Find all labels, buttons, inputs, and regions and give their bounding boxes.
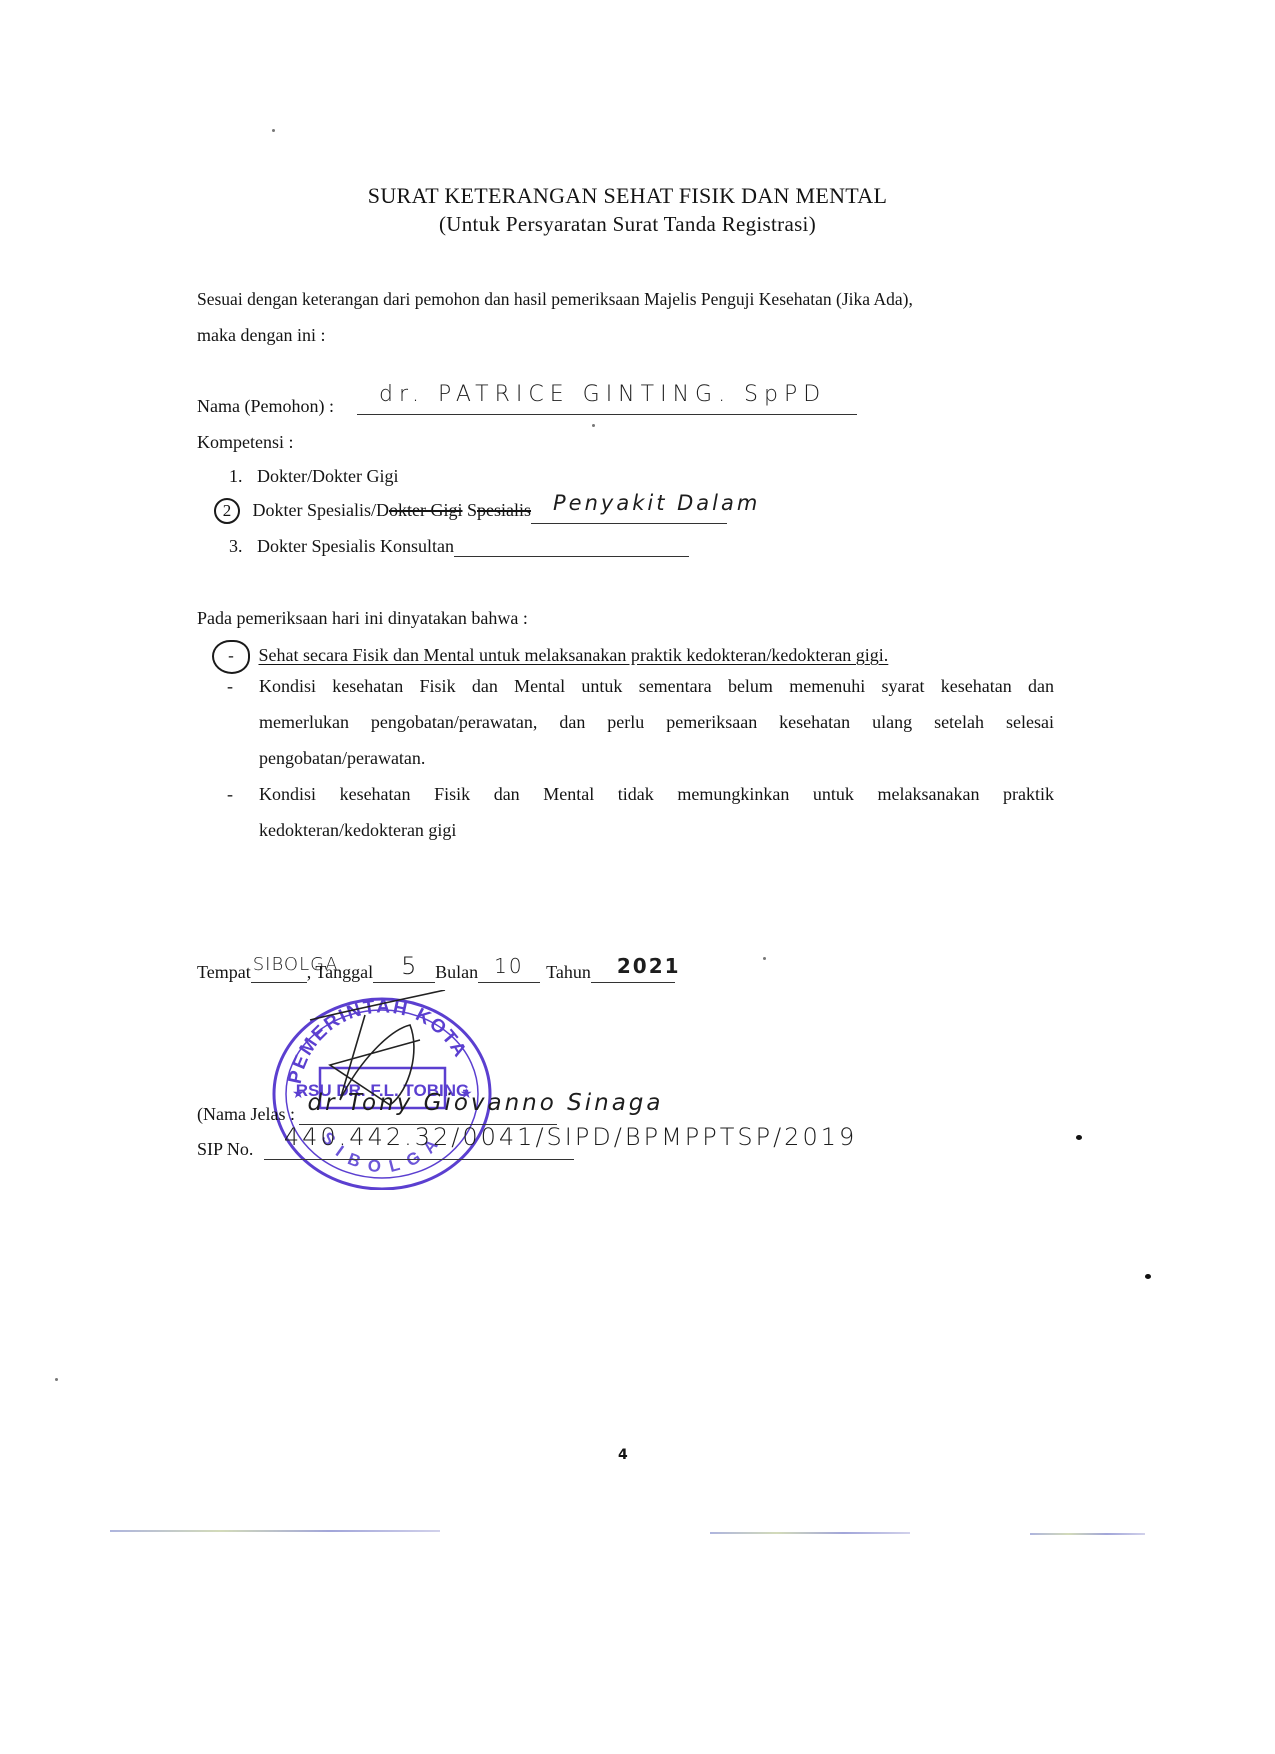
page-number: 4: [618, 1447, 628, 1463]
exam-item-3-line-1: Kondisi kesehatan Fisik dan Mental tidak…: [259, 784, 1054, 805]
scan-speck: [1076, 1135, 1082, 1140]
selected-circle-mark: 2: [214, 498, 240, 524]
svg-text:★: ★: [292, 1087, 305, 1102]
exam-item-2-line-1: Kondisi kesehatan Fisik dan Mental untuk…: [259, 676, 1054, 697]
struck-text: pesialis: [477, 500, 531, 520]
specialty-value: Penyakit Dalam: [553, 491, 760, 515]
specialty-field: Penyakit Dalam: [531, 503, 727, 524]
scan-speck: [55, 1378, 58, 1381]
month-field: 10: [478, 964, 540, 983]
competence-item-text: Dokter Spesialis Konsultan: [257, 536, 454, 556]
month-label: Bulan: [435, 962, 478, 982]
scan-speck: [592, 424, 595, 427]
competence-label: Kompetensi :: [197, 432, 294, 453]
competence-item-3: 3. Dokter Spesialis Konsultan: [229, 536, 689, 557]
year-label: Tahun: [546, 962, 591, 982]
date-value: 5: [401, 952, 418, 980]
signer-value: dr Tony Giovanno Sinaga: [307, 1090, 663, 1116]
scan-line: [710, 1532, 910, 1534]
document-subtitle: (Untuk Persyaratan Surat Tanda Registras…: [0, 212, 1255, 237]
competence-item-text: Dokter Spesialis/D: [253, 500, 390, 520]
exam-item-2-line-2: memerlukan pengobatan/perawatan, dan per…: [259, 712, 1054, 733]
place-field: SIBOLGA: [251, 964, 307, 983]
signer-line: (Nama Jelas : dr Tony Giovanno Sinaga: [197, 1104, 557, 1125]
scan-speck: [763, 957, 766, 960]
exam-item-2-line-3: pengobatan/perawatan.: [259, 748, 425, 769]
sip-label: SIP No.: [197, 1139, 253, 1159]
consultant-field: [454, 538, 689, 557]
date-field: 5: [373, 964, 435, 983]
svg-text:PEMERINTAH KOTA: PEMERINTAH KOTA: [285, 996, 472, 1085]
stamp-top-text: PEMERINTAH KOTA: [285, 996, 472, 1085]
sip-field: 440.442.32/0041/SIPD/BPMPPTSP/2019: [264, 1141, 574, 1160]
exam-item-3-line-2: kedokteran/kedokteran gigi: [259, 820, 456, 841]
place-value: SIBOLGA: [253, 954, 339, 975]
name-field: dr. PATRICE GINTING. SpPD: [357, 380, 857, 415]
intro-line-2: maka dengan ini :: [197, 325, 325, 346]
name-value: dr. PATRICE GINTING. SpPD: [379, 382, 826, 407]
place-label: Tempat: [197, 962, 251, 982]
competence-item-number: 3.: [229, 536, 243, 556]
sip-line: SIP No. 440.442.32/0041/SIPD/BPMPPTSP/20…: [197, 1139, 574, 1160]
competence-item-1: 1. Dokter/Dokter Gigi: [229, 466, 398, 487]
competence-item-2: 2 Dokter Spesialis/Dokter Gigi Spesialis…: [214, 498, 727, 524]
year-field: 2021: [591, 964, 675, 983]
scan-speck: [272, 129, 275, 132]
name-label: Nama (Pemohon) :: [197, 396, 334, 417]
competence-item-text: Dokter/Dokter Gigi: [257, 466, 398, 486]
struck-text: okter Gigi: [389, 500, 463, 520]
sip-value: 440.442.32/0041/SIPD/BPMPPTSP/2019: [284, 1123, 857, 1151]
exam-item-1: - Sehat secara Fisik dan Mental untuk me…: [212, 640, 888, 674]
exam-label: Pada pemeriksaan hari ini dinyatakan bah…: [197, 608, 528, 629]
year-value: 2021: [617, 954, 681, 978]
document-title: SURAT KETERANGAN SEHAT FISIK DAN MENTAL: [0, 183, 1255, 209]
exam-item-2-bullet: -: [227, 676, 233, 697]
exam-item-3-bullet: -: [227, 784, 233, 805]
intro-line-1: Sesuai dengan keterangan dari pemohon da…: [197, 289, 1057, 310]
competence-item-number: 1.: [229, 466, 243, 486]
signer-label: (Nama Jelas :: [197, 1104, 295, 1124]
scan-line: [110, 1530, 440, 1532]
competence-item-text: S: [463, 500, 478, 520]
scan-line: [1030, 1533, 1145, 1535]
month-value: 10: [494, 954, 523, 978]
date-line: TempatSIBOLGA, Tanggal5Bulan10Tahun2021: [197, 962, 675, 983]
scan-speck: [1145, 1274, 1151, 1279]
selected-circle-mark: -: [212, 640, 250, 674]
exam-item-text: Sehat secara Fisik dan Mental untuk mela…: [259, 645, 889, 665]
